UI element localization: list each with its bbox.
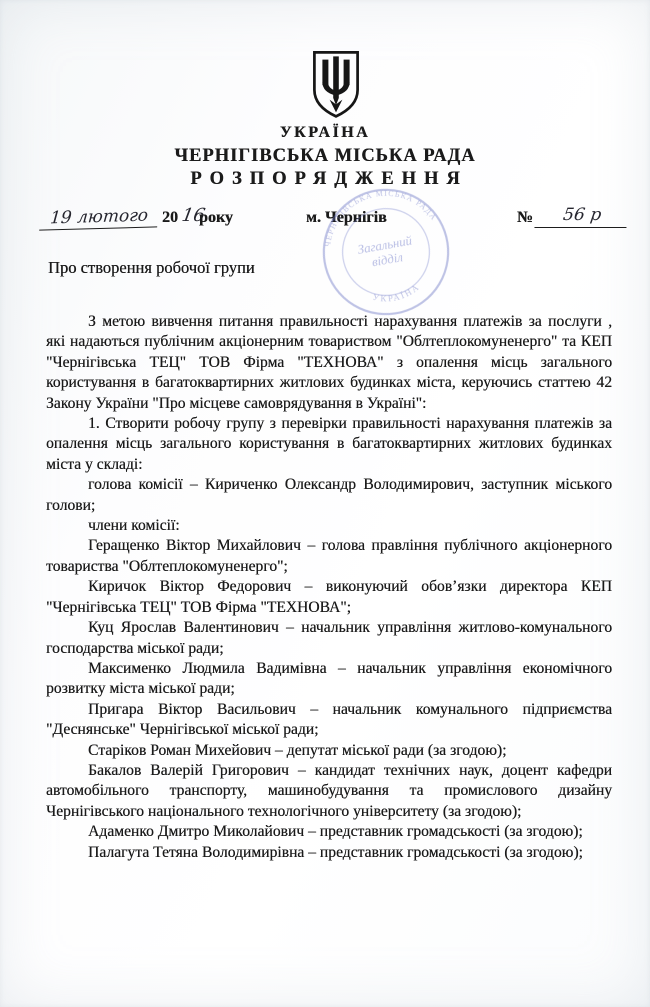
subject-line: Про створення робочої групи — [48, 256, 263, 280]
body-paragraph: Киричок Віктор Федорович – виконуючий об… — [46, 577, 612, 618]
country-title: УКРАЇНА — [0, 124, 650, 142]
stamp-center-line2: відділ — [371, 250, 405, 269]
body-paragraph: 1. Створити робочу групу з перевірки пра… — [46, 414, 612, 475]
year-suffix: року — [199, 209, 233, 227]
body-paragraph: Палагута Тетяна Володимирівна – представ… — [46, 843, 612, 863]
body-paragraph: Максименко Людмила Вадимівна – начальник… — [46, 659, 612, 700]
body-paragraph: Старіков Роман Михейович – депутат міськ… — [46, 741, 612, 761]
handwritten-date: 19 лютого — [39, 205, 159, 230]
council-title: ЧЕРНІГІВСЬКА МІСЬКА РАДА — [0, 146, 650, 167]
number-label: № — [517, 209, 533, 227]
meta-row: 19 лютого 20 16 року м. Чернігів № 56 р — [0, 203, 650, 237]
document-body: З метою вивчення питання правильності на… — [46, 312, 612, 863]
year-prefix: 20 — [162, 209, 178, 227]
document-type-title: РОЗПОРЯДЖЕННЯ — [0, 169, 650, 190]
svg-text:УКРАЇНА: УКРАЇНА — [370, 280, 424, 308]
body-paragraph: Бакалов Валерій Григорович – кандидат те… — [46, 761, 612, 822]
handwritten-number: 56 р — [534, 205, 629, 228]
scanned-document-page: УКРАЇНА ЧЕРНІГІВСЬКА МІСЬКА РАДА РОЗПОРЯ… — [0, 0, 650, 1007]
body-paragraph: З метою вивчення питання правильності на… — [46, 312, 612, 414]
body-paragraph: голова комісії – Кириченко Олександр Вол… — [46, 475, 612, 516]
body-paragraph: Куц Ярослав Валентинович – начальник упр… — [46, 618, 612, 659]
stamp-ring-text-bottom: УКРАЇНА — [370, 280, 424, 308]
body-paragraph: члени комісії: — [46, 516, 612, 536]
city-label: м. Чернігів — [306, 209, 387, 227]
body-paragraph: Геращенко Віктор Михайлович – голова пра… — [46, 536, 612, 577]
body-paragraph: Адаменко Дмитро Миколайович – представни… — [46, 822, 612, 842]
ukraine-trident-icon — [305, 50, 367, 122]
body-paragraph: Пригара Віктор Васильович – начальник ко… — [46, 700, 612, 741]
